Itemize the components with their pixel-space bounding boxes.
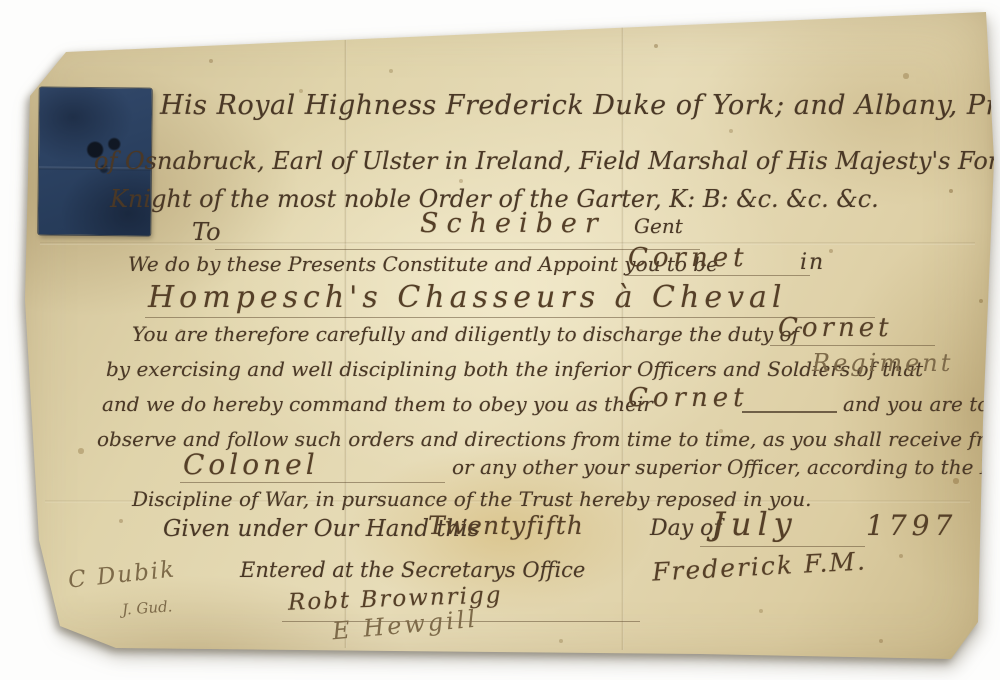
ruled-line — [145, 317, 875, 318]
appointment-in: in — [800, 250, 825, 275]
recipient-name: Scheiber — [420, 208, 606, 239]
exercise-text: by exercising and well disciplining both… — [106, 357, 923, 381]
signature-left: C Dubik — [67, 556, 177, 593]
trust-text: Discipline of War, in pursuance of the T… — [132, 487, 811, 511]
horizontal-fold-crease — [40, 242, 975, 245]
ruled-line — [180, 482, 445, 483]
obey-text: and we do hereby command them to obey yo… — [102, 392, 653, 416]
regiment-name: Hompesch's Chasseurs à Cheval — [148, 280, 787, 315]
parchment-document: His Royal Highness Frederick Duke of Yor… — [0, 0, 1000, 680]
to-label: To — [192, 218, 221, 246]
duty-rank: Cornet — [778, 313, 893, 343]
given-year: 1797 — [866, 509, 957, 542]
photo-background: His Royal Highness Frederick Duke of Yor… — [0, 0, 1000, 680]
ruled-line — [625, 275, 810, 276]
superior-officer: Colonel — [183, 448, 319, 481]
duty-text: You are therefore carefully and diligent… — [132, 322, 799, 346]
appointed-rank: Cornet — [628, 243, 749, 273]
ruled-line — [770, 345, 935, 346]
foxing-specks — [0, 0, 2, 2]
headline-line-2: of Osnabruck, Earl of Ulster in Ireland,… — [94, 147, 1000, 175]
obey-rank: Cornet — [628, 383, 749, 413]
headline-line-1: His Royal Highness Frederick Duke of Yor… — [160, 90, 1000, 121]
parchment-wrap: His Royal Highness Frederick Duke of Yor… — [0, 0, 1000, 680]
signature-frederick: Frederick F.M. — [651, 546, 867, 586]
given-month: July — [712, 505, 798, 543]
obey-suffix: and you are to — [843, 392, 989, 416]
exercise-unit: Regiment — [812, 349, 953, 377]
given-dayof: Day of — [650, 516, 722, 541]
ink-dash — [742, 411, 837, 413]
given-day: Twentyfifth — [428, 511, 584, 540]
superior-text: or any other your superior Officer, acco… — [452, 455, 1000, 479]
recipient-title: Gent — [634, 214, 683, 238]
entered-text: Entered at the Secretarys Office — [240, 558, 585, 582]
signature-left-sub: J. Gud. — [121, 597, 173, 618]
